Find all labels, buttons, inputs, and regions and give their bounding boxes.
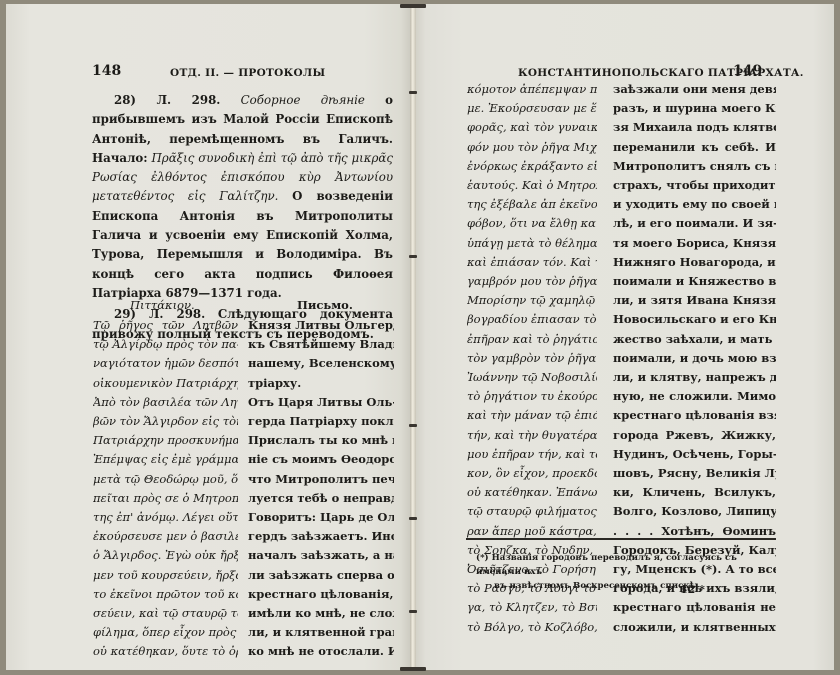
page-number-left: 148 [92,63,121,79]
greek-text-line: πεῖται πρὸς σε ὁ Μητροπολί- [93,489,238,508]
binding-stitch [409,610,417,613]
russian-text-line: поимали и Княжество взя- [613,272,776,291]
russian-text-line: Митрополитъ снялъ съ него [613,157,776,176]
russian-text-line: нiе съ моимъ Ѳеодоромъ, [248,450,394,469]
russian-text-line: и уходить ему по своей во- [613,195,776,214]
footnote-line: въ извѣстномъ Воскресенскомъ спискѣ. [476,579,776,593]
greek-text-line: κόμοτον ἀπέπεμψαν πρὸς [467,80,597,99]
russian-text-line: разъ, и шурина моего Кня- [613,99,776,118]
russian-text-line: трiарху. [248,374,394,393]
russian-text-line: страхъ, чтобы приходить [613,176,776,195]
entry-28-title: Соборное дѣянiе [241,93,365,107]
greek-text-line: οἰκουμενικὸν Πατριάρχην. [93,374,238,393]
greek-text-line: ἐκούρσευσε μεν ὁ βασιλεὺς [93,527,238,546]
greek-text-line: με. Ἐκούρσευσαν με ἕνα [467,99,597,118]
russian-text-line: ко мнѣ не отослали. И [248,642,394,661]
greek-column-heading: Πιττάκιον. [130,298,195,312]
greek-text-line: Πατριάρχην προσκυνήματα. [93,431,238,450]
russian-text-line: заѣзжали они меня девять [613,80,776,99]
russian-text-line: крестнаго цѣлованiя, что [248,585,394,604]
russian-text-line: ки, Кличень, Всилукъ, [613,483,776,502]
greek-text-line: Ἰωάννην τῷ Νοβοσιλίῳ, καὶ [467,368,597,387]
greek-text-line: οὐ κατέθηκαν. Ἐπάνω τοῦ [467,483,597,502]
greek-column-left: Τῷ ῥῆγος τῶν Λητβῶντῷ Ἀλγίρδῳ πρὸς τὸν π… [93,316,238,662]
greek-text-line: τήν, καὶ τὴν θυγατέραν [467,426,597,445]
greek-text-line: ἐνόρκως ἐκράξαντο εἰς [467,157,597,176]
greek-text-line: φόν μου τὸν ῥῆγα Μιχαὴλ [467,138,597,157]
greek-text-line: μεν τοῦ κουρσεύειν, ἤρξαν- [93,566,238,585]
russian-text-line: нашему, Вселенскому Па- [248,354,394,373]
greek-text-line: μετὰ τῷ Θεοδώρῳ μοῦ, ὅτι λυ- [93,470,238,489]
greek-text-line: τὸν γαμβρὸν τὸν ῥῆγαν τὸν [467,349,597,368]
running-head-left: ОТД. II. — ПРОТОКОЛЫ [170,67,325,79]
russian-text-line: поимали, и дочь мою взя- [613,349,776,368]
greek-text-line: γα, τὸ Κλητζεν, τὸ Βσιλεκ, [467,598,597,617]
russian-text-line: Отъ Царя Литвы Оль- [248,393,394,412]
russian-text-line: лѣ, и его поимали. И зя- [613,214,776,233]
greek-text-line: Ἐπέμψας εἰς ἐμὲ γράμμα [93,450,238,469]
binding-thread-mark [400,667,426,671]
greek-text-line: ὑπάγῃ μετὰ τὸ θέλημα του, [467,234,597,253]
russian-text-line: Нудинъ, Осѣчень, Горы- [613,445,776,464]
russian-text-line: ную, не сложили. Мимо [613,387,776,406]
entry-28-lead: 28) Л. 298. [114,93,220,107]
binding-stitch [409,424,417,427]
greek-text-line: Ἀπὸ τὸν βασιλέα τῶν Λητ- [93,393,238,412]
russian-text-line: что Митрополитъ печа- [248,470,394,489]
greek-text-line: τὸ ῥηγάτιον τυ ἐκούρσευσαν, [467,387,597,406]
russian-text-line: луется тебѣ о неправдѣ. [248,489,394,508]
greek-text-line: ἐπῆραν καὶ τὸ ῥηγάτιον τυ, [467,330,597,349]
greek-text-line: βῶν τὸν Ἄλγιρδον εἰς τὸν [93,412,238,431]
russian-text-line: Говоритъ: Царь де Оль- [248,508,394,527]
greek-text-line: φόβον, ὅτι να ἔλθῃ καὶ να [467,214,597,233]
greek-text-line: το ἐκεῖνοι πρῶτον τοῦ κουρ- [93,585,238,604]
greek-text-line: οὐ κατέθηκαν, ὅυτε τὸ ὀρ- [93,642,238,661]
greek-text-line: Τῷ ῥῆγος τῶν Λητβῶν [93,316,238,335]
greek-text-line: ἑαυτούς. Καὶ ὁ Μητροπολί- [467,176,597,195]
book-spread: 148 ОТД. II. — ПРОТОКОЛЫ 28) Л. 298. Соб… [0,0,840,675]
greek-text-line: μου ἐπῆραν τήν, καὶ τὸν ὅρ- [467,445,597,464]
russian-text-line: Князя Литвы Ольгерда [248,316,394,335]
russian-text-line: жество заѣхали, и мать его [613,330,776,349]
greek-text-line: φορᾶς, καὶ τὸν γυναικαδελ- [467,118,597,137]
greek-text-line: καὶ τὴν μάναν τῷ ἐπιάσαν [467,406,597,425]
signature-mark: 12 * [680,583,705,596]
russian-text-line: зя Михаила подъ клятвою [613,118,776,137]
russian-text-line: крестнаго цѣлованiя взяли [613,406,776,425]
greek-text-line: σεύειν, καὶ τῷ σταυρῷ τὸ [93,604,238,623]
page-number-right: 149 [733,63,762,79]
russian-text-line: тя моего Бориса, Князя [613,234,776,253]
russian-column-left: Князя Литвы Ольгердакъ Святѣйшему Владык… [248,316,394,662]
russian-text-line: Новосильскаго и его Кня- [613,310,776,329]
book-gutter [410,4,416,670]
russian-text-line: Волго, Козлово, Липицу, [613,502,776,521]
footnote-line: (*) Названiя городовъ переводилъ я, согл… [476,551,776,579]
greek-text-line: τῷ σταυρῷ φιλήματος, ἐπῆ- [467,502,597,521]
greek-text-line: ναγιότατον ἡμῶν δεσπότην [93,354,238,373]
russian-text-line: ли, и клятвенной грамоты [248,623,394,642]
russian-text-line: города Ржевъ, Жижку, [613,426,776,445]
russian-text-line: ли заѣзжать сперва они, и [248,566,394,585]
russian-text-line: началъ заѣзжать, а нача- [248,546,394,565]
binding-thread-mark [400,4,426,8]
binding-stitch [409,91,417,94]
russian-text-line: шовъ, Рясну, Великiя Лу- [613,464,776,483]
greek-text-line: ὁ Ἄλγιρδος. Ἐγὼ οὐκ ἤρξα- [93,546,238,565]
russian-column-heading: Письмо. [297,298,353,312]
russian-text-line: имѣли ко мнѣ, не сложи- [248,604,394,623]
greek-text-line: της ἐπ' ἀνόμῳ. Λέγει οὕτως [93,508,238,527]
russian-text-line: гердъ заѣзжаетъ. Ино не я [248,527,394,546]
russian-text-line: Прислалъ ты ко мнѣ писа- [248,431,394,450]
russian-text-line: сложили, и клятвенныхъ [613,618,776,637]
russian-text-line: къ Святѣйшему Владыкѣ [248,335,394,354]
greek-text-line: Μπορίσην τῷ χαμηλῷ Νο- [467,291,597,310]
russian-text-line: крестнаго цѣлованiя не [613,598,776,617]
greek-text-line: της ἐξέβαλε ἀπ ἐκεῖνου τὸν [467,195,597,214]
entry-28-text-2: О возведенiи Епископа Антонiя въ Митропо… [92,189,393,299]
greek-text-line: τῷ Ἀλγίρδῳ πρὸς τὸν πα- [93,335,238,354]
greek-text-line: φίλημα, ὅπερ εἶχον πρὸς με, [93,623,238,642]
russian-text-line: переманили къ себѣ. И [613,138,776,157]
russian-text-line: ли, и зятя Ивана Князя [613,291,776,310]
greek-text-line: τὸ Βόλγο, τὸ Κοζλόβο, τὸ [467,618,597,637]
russian-text-line: ли, и клятву, напрежъ дан- [613,368,776,387]
greek-text-line: γαμβρόν μου τὸν ῥῆγαν τὸν [467,272,597,291]
greek-text-line: βογραδίου ἐπιασαν τὸν καὶ [467,310,597,329]
binding-stitch [409,255,417,258]
binding-stitch [409,517,417,520]
footnote: (*) Названiя городовъ переводилъ я, согл… [476,551,776,593]
russian-text-line: герда Патрiарху поклоны. [248,412,394,431]
greek-text-line: κον, ὃν εἶχον, προεκδόσει [467,464,597,483]
footnote-rule [466,538,776,540]
russian-text-line: Нижняго Новагорода, и его [613,253,776,272]
greek-text-line: καὶ ἐπιάσαν τόν. Καὶ τὸν [467,253,597,272]
